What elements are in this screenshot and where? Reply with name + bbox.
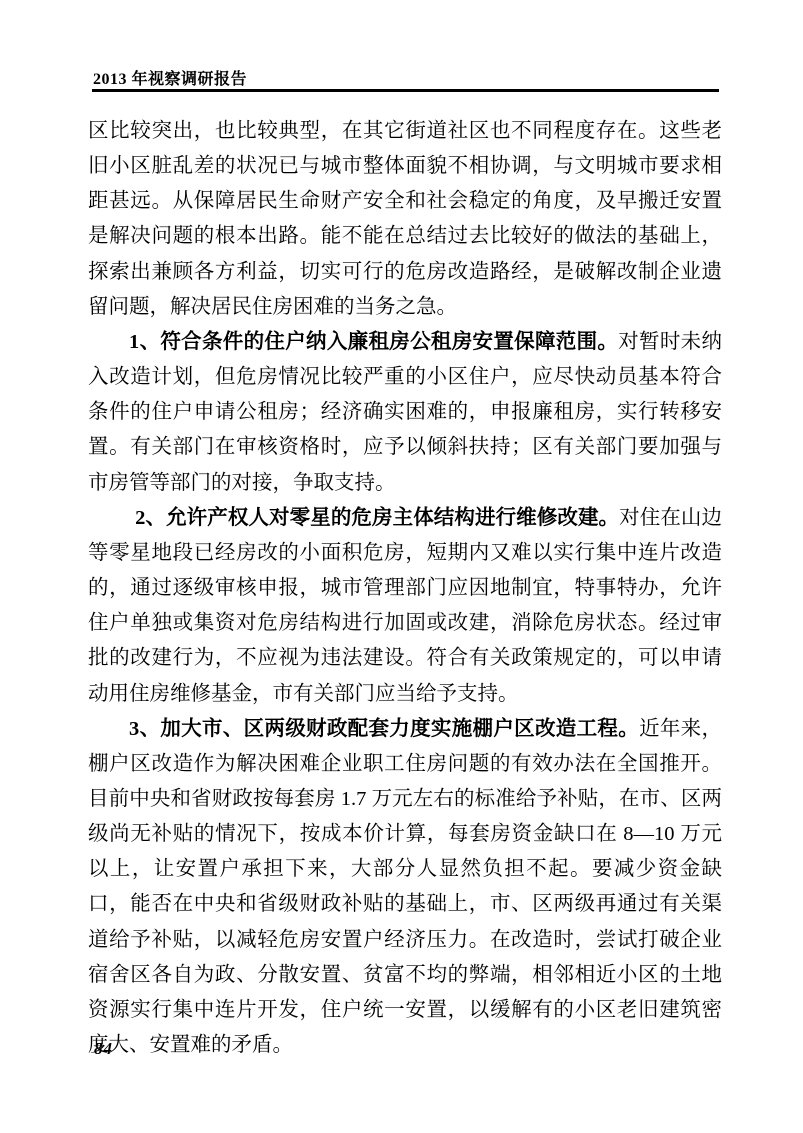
paragraph-lead: 1、符合条件的住户纳入廉租房公租房安置保障范围。 bbox=[129, 331, 618, 353]
document-page: 2013 年视察调研报告 区比较突出，也比较典型，在其它街道社区也不同程度存在。… bbox=[0, 0, 803, 1133]
header-title: 2013 年视察调研报告 bbox=[93, 66, 247, 89]
page-number: 84 bbox=[94, 1039, 113, 1059]
paragraph-text: 对住在山边等零星地段已经房改的小面积危房，短期内又难以实行集中连片改造的，通过逐… bbox=[88, 507, 722, 705]
paragraph-text: 对暂时未纳入改造计划，但危房情况比较严重的小区住户，应尽快动员基本符合条件的住户… bbox=[88, 331, 722, 494]
paragraph: 1、符合条件的住户纳入廉租房公租房安置保障范围。对暂时未纳入改造计划，但危房情况… bbox=[88, 325, 722, 501]
paragraph-lead: 2、允许产权人对零星的危房主体结构进行维修改建。 bbox=[135, 507, 619, 529]
paragraph: 3、加大市、区两级财政配套力度实施棚户区改造工程。近年来，棚户区改造作为解决困难… bbox=[88, 712, 722, 1064]
paragraph: 2、允许产权人对零星的危房主体结构进行维修改建。对住在山边等零星地段已经房改的小… bbox=[88, 501, 722, 712]
paragraph-lead: 3、加大市、区两级财政配套力度实施棚户区改造工程。 bbox=[129, 718, 639, 740]
paragraph: 区比较突出，也比较典型，在其它街道社区也不同程度存在。这些老旧小区脏乱差的状况已… bbox=[88, 114, 722, 325]
header-rule bbox=[92, 89, 719, 92]
paragraph-text: 区比较突出，也比较典型，在其它街道社区也不同程度存在。这些老旧小区脏乱差的状况已… bbox=[88, 120, 722, 318]
paragraph-text: 近年来，棚户区改造作为解决困难企业职工住房问题的有效办法在全国推开。目前中央和省… bbox=[88, 718, 722, 1056]
document-body: 区比较突出，也比较典型，在其它街道社区也不同程度存在。这些老旧小区脏乱差的状况已… bbox=[88, 114, 722, 1063]
